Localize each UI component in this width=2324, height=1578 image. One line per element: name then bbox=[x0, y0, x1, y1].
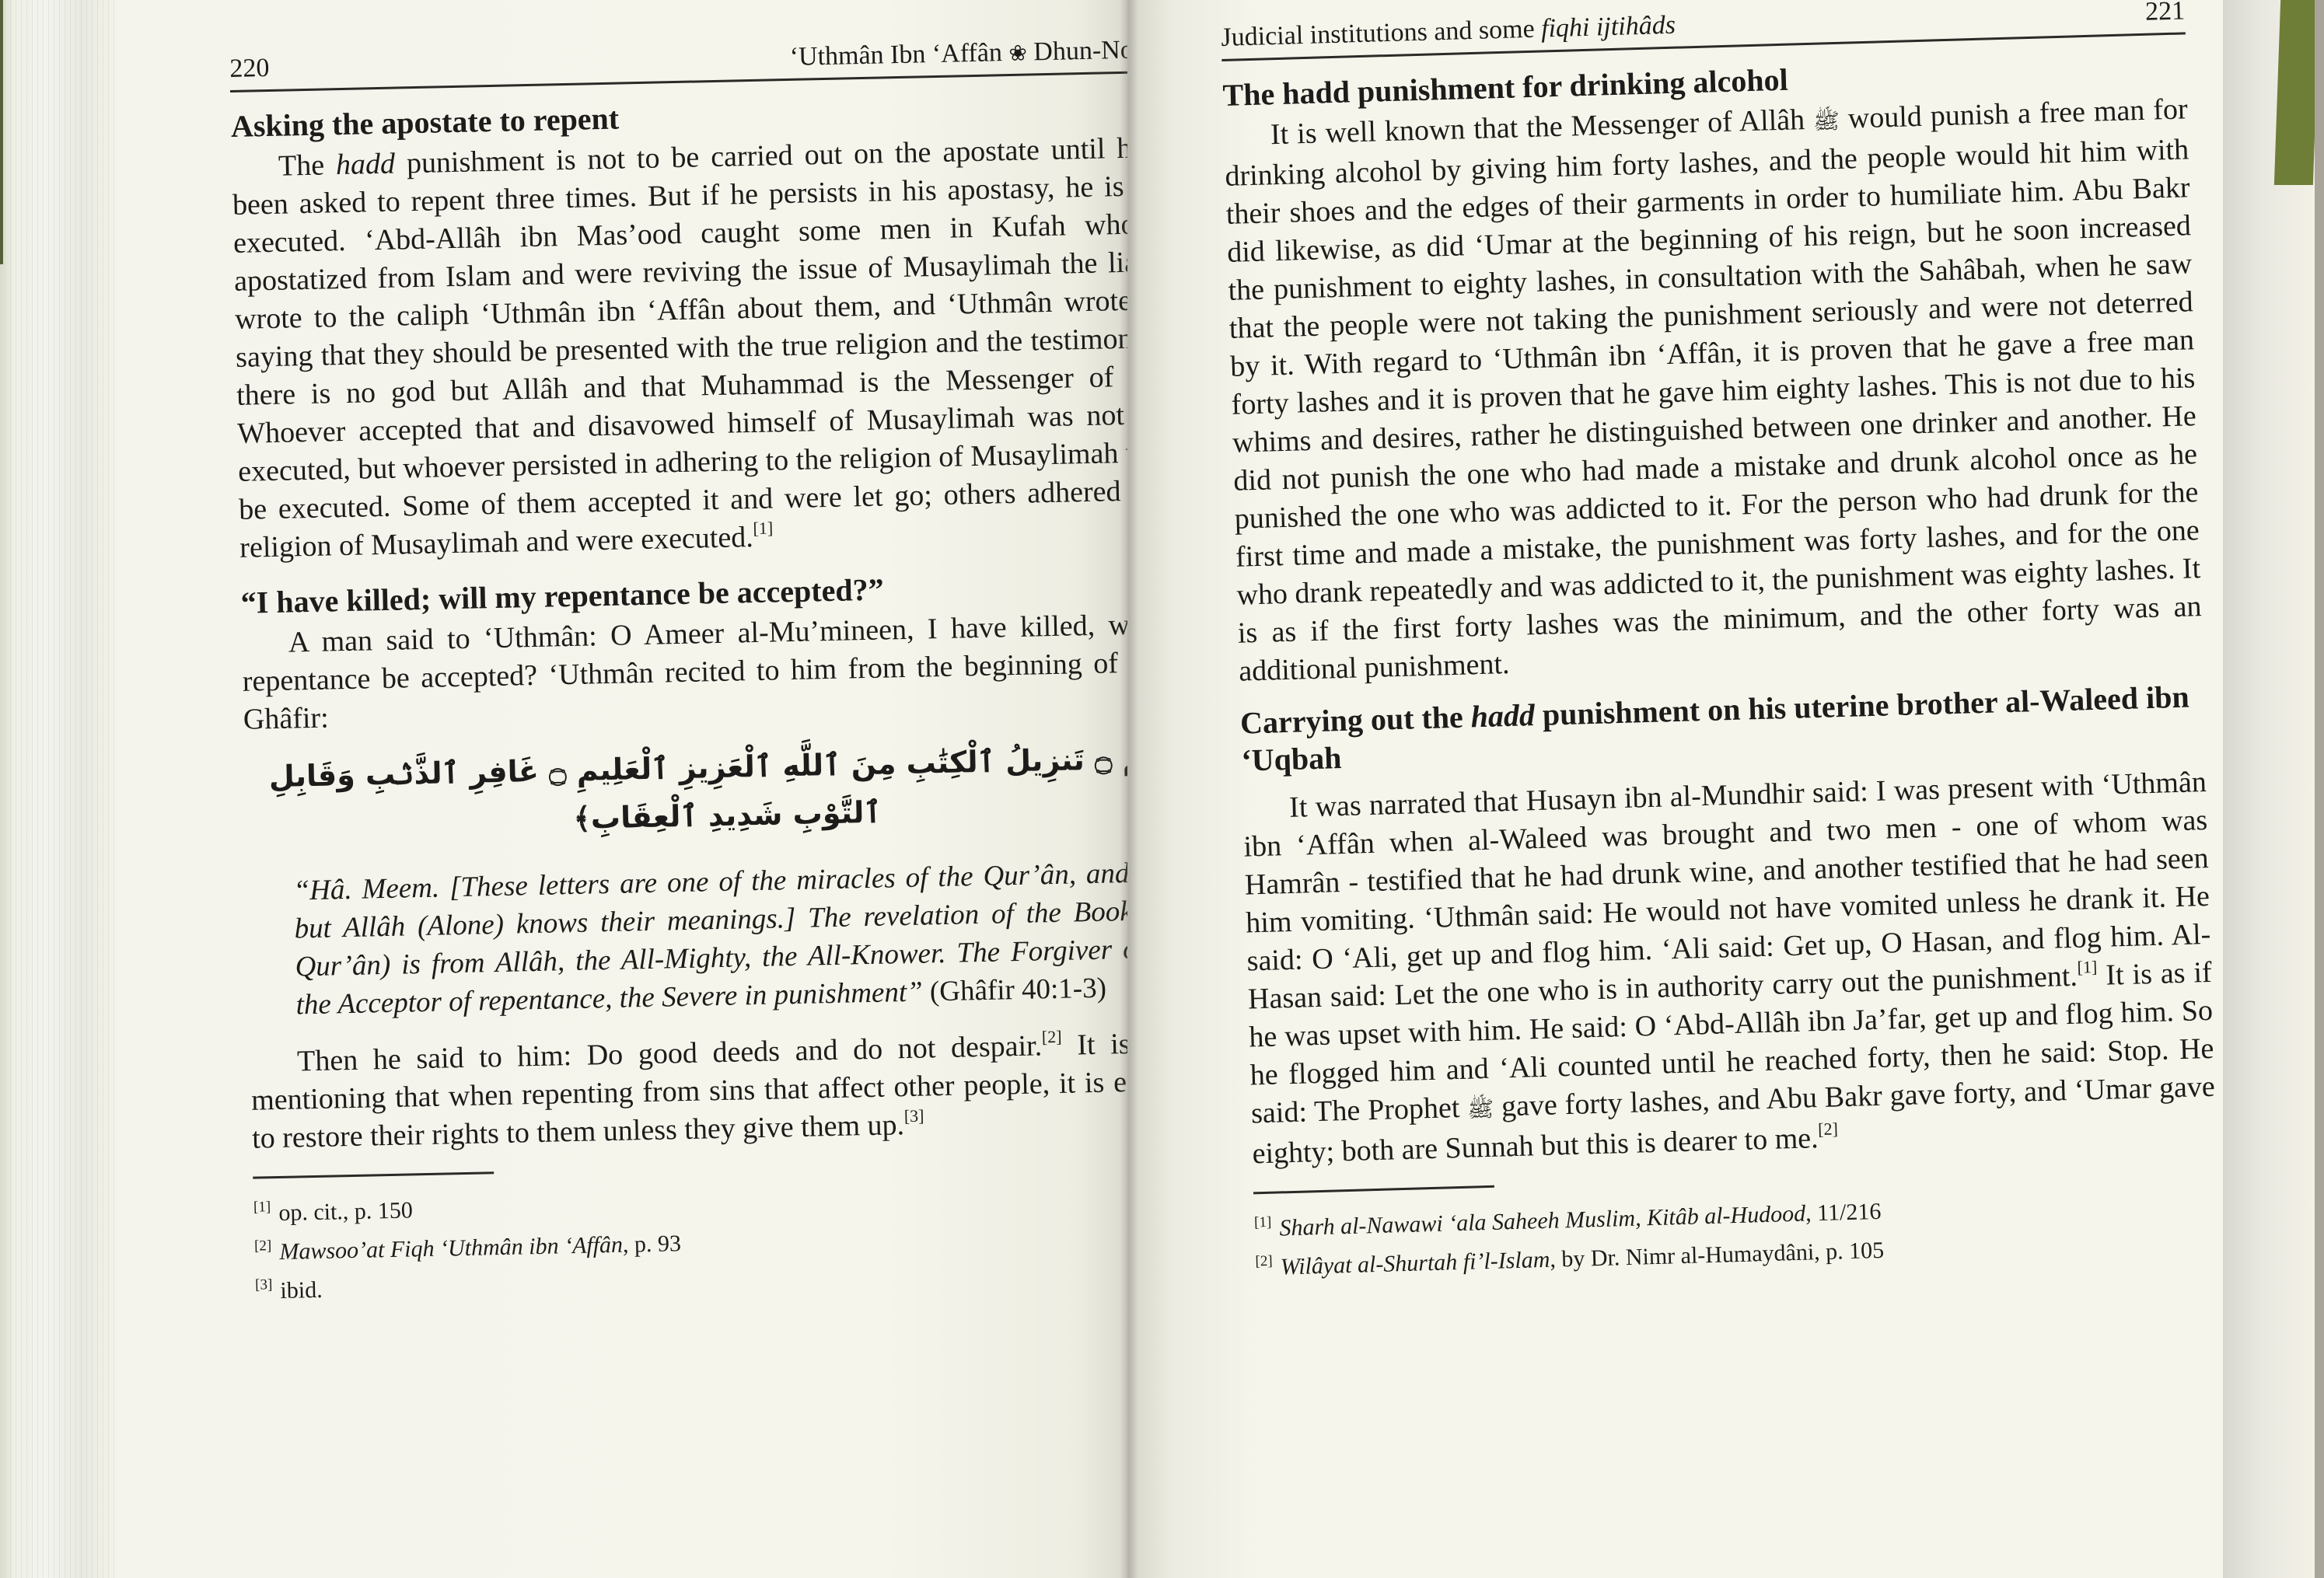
paragraph: The hadd punishment is not to be carried… bbox=[232, 128, 1204, 567]
salutation-icon: ﷺ bbox=[1467, 1098, 1494, 1122]
honorific-icon: ❀ bbox=[1008, 42, 1027, 66]
footnote-ref: [1] bbox=[2077, 957, 2097, 977]
paragraph: It was narrated that Husayn ibn al-Mundh… bbox=[1242, 763, 2217, 1173]
shadow bbox=[2315, 0, 2324, 1578]
right-page: Judicial institutions and some fiqhi ijt… bbox=[1127, 0, 2224, 1578]
paragraph: A man said to ‘Uthmân: O Ameer al-Mu’min… bbox=[241, 605, 1207, 739]
page-number: 221 bbox=[2145, 0, 2186, 27]
footnotes: [1]Sharh al-Nawawi ‘ala Saheeh Muslim, K… bbox=[1254, 1180, 2220, 1285]
salutation-icon: ﷺ bbox=[1813, 110, 1840, 134]
book-gutter bbox=[1120, 0, 1138, 1578]
page-block-right-edge bbox=[2223, 0, 2324, 1578]
page-number: 220 bbox=[229, 54, 270, 84]
arabic-quran-verse: ﴿حمٓ ۝ تَنزِيلُ ٱلْكِتَٰبِ مِنَ ٱللَّهِ … bbox=[244, 733, 1210, 850]
footnote-divider bbox=[1253, 1185, 1494, 1195]
paragraph: It is well known that the Messenger of A… bbox=[1223, 90, 2203, 690]
verse-translation: “Hâ. Meem. [These letters are one of the… bbox=[293, 853, 1198, 1024]
running-head-left: 220 ‘Uthmân Ibn ‘Affân ❀ Dhun-Noorayn bbox=[229, 34, 1194, 93]
footnote-ref: [1] bbox=[753, 518, 773, 538]
footnote-ref: [3] bbox=[904, 1106, 924, 1126]
right-page-content: Judicial institutions and some fiqhi ijt… bbox=[1221, 0, 2220, 1284]
left-page-content: 220 ‘Uthmân Ibn ‘Affân ❀ Dhun-Noorayn As… bbox=[229, 34, 1220, 1308]
footnote-ref: [2] bbox=[1042, 1027, 1062, 1047]
verse-reference: (Ghâfir 40:1-3) bbox=[930, 972, 1107, 1008]
section-heading: Carrying out the hadd punishment on his … bbox=[1239, 678, 2205, 780]
running-head-right: Judicial institutions and some fiqhi ijt… bbox=[1221, 0, 2186, 61]
open-book: 220 ‘Uthmân Ibn ‘Affân ❀ Dhun-Noorayn As… bbox=[0, 0, 2324, 1578]
footnote-ref: [2] bbox=[1818, 1119, 1838, 1139]
page-block-left-edge bbox=[0, 0, 117, 1578]
footnote-divider bbox=[253, 1171, 494, 1178]
book-cover-right bbox=[2274, 0, 2319, 185]
book-cover-left bbox=[0, 0, 3, 264]
paragraph: Then he said to him: Do good deeds and d… bbox=[250, 1024, 1217, 1158]
footnotes: [1]op. cit., p. 150 [2]Mawsoo’at Fiqh ‘U… bbox=[253, 1171, 1220, 1308]
running-head-title: Judicial institutions and some fiqhi ijt… bbox=[1221, 11, 1676, 53]
left-page: 220 ‘Uthmân Ibn ‘Affân ❀ Dhun-Noorayn As… bbox=[117, 0, 1127, 1578]
